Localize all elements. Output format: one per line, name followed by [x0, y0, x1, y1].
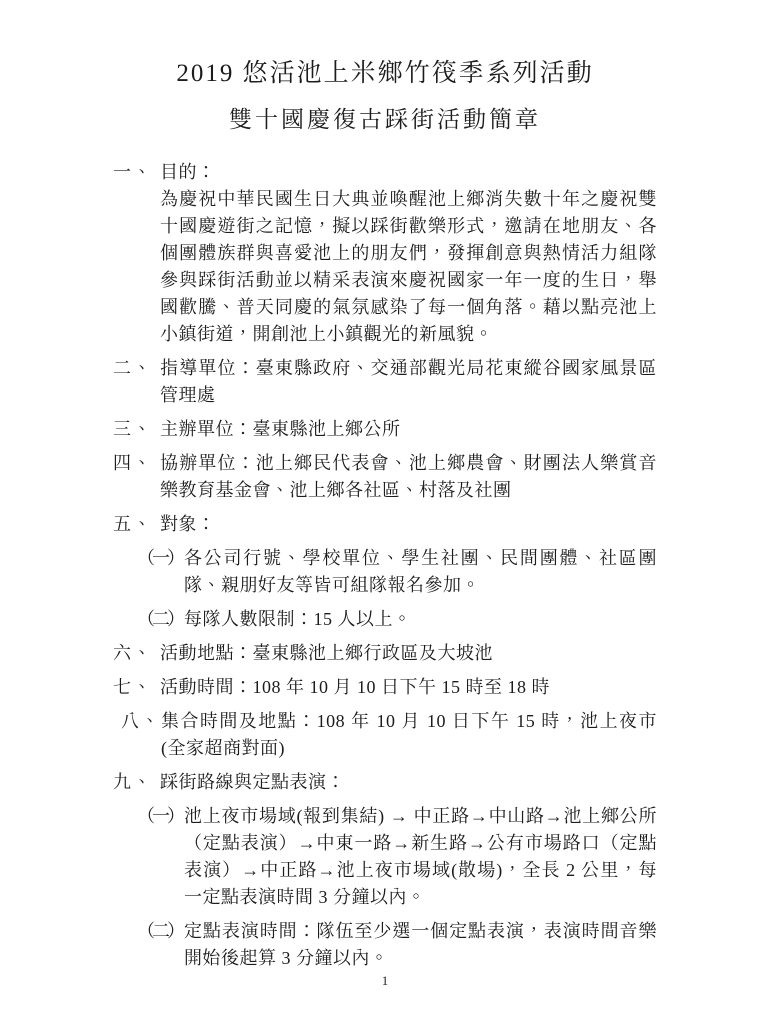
section-co-organizers: 四、 協辦單位：池上鄉民代表會、池上鄉農會、財團法人樂賞音樂教育基金會、池上鄉各…	[113, 450, 657, 504]
subitem-marker: （二）	[137, 606, 184, 633]
subitem-route-2: （二） 定點表演時間：隊伍至少選一個定點表演，表演時間音樂開始後起算 3 分鐘以…	[137, 918, 657, 972]
section-body-text: 踩街路線與定點表演：	[160, 769, 657, 796]
subitem-route-1: （一） 池上夜市場域(報到集結) → 中正路→中山路→池上鄉公所（定點表演）→中…	[137, 803, 657, 911]
section-body-text: 為慶祝中華民國生日大典並喚醒池上鄉消失數十年之慶祝雙十國慶遊街之記憶，擬以踩街歡…	[160, 186, 657, 348]
section-heading: 目的：	[160, 159, 657, 186]
section-body-text: 指導單位：臺東縣政府、交通部觀光局花東縱谷國家風景區管理處	[160, 355, 657, 409]
section-parade-route: 九、 踩街路線與定點表演：	[113, 769, 657, 796]
section-body-text: 協辦單位：池上鄉民代表會、池上鄉農會、財團法人樂賞音樂教育基金會、池上鄉各社區、…	[160, 450, 657, 504]
subitem-body-text: 定點表演時間：隊伍至少選一個定點表演，表演時間音樂開始後起算 3 分鐘以內。	[184, 918, 657, 972]
section-marker: 五、	[113, 511, 160, 538]
section-marker: 六、	[113, 640, 160, 667]
document-page: 2019 悠活池上米鄉竹筏季系列活動 雙十國慶復古踩街活動簡章 一、 目的： 為…	[0, 0, 770, 1024]
section-participants: 五、 對象：	[113, 511, 657, 538]
section-body-text: 集合時間及地點：108 年 10 月 10 日下午 15 時，池上夜市(全家超商…	[161, 708, 657, 762]
document-title-line1: 2019 悠活池上米鄉竹筏季系列活動	[113, 58, 657, 90]
subitem-participants-1: （一） 各公司行號、學校單位、學生社團、民間團體、社區團隊、親朋好友等皆可組隊報…	[137, 545, 657, 599]
section-event-time: 七、 活動時間：108 年 10 月 10 日下午 15 時至 18 時	[113, 674, 657, 701]
section-marker: 二、	[113, 355, 160, 382]
section-body-text: 主辦單位：臺東縣池上鄉公所	[160, 416, 657, 443]
subitem-marker: （二）	[137, 918, 184, 945]
section-organizer: 三、 主辦單位：臺東縣池上鄉公所	[113, 416, 657, 443]
section-body-text: 活動時間：108 年 10 月 10 日下午 15 時至 18 時	[160, 674, 657, 701]
subitem-body-text: 池上夜市場域(報到集結) → 中正路→中山路→池上鄉公所（定點表演）→中東一路→…	[184, 803, 657, 911]
section-marker: 一、	[113, 159, 160, 186]
subitem-marker: （一）	[137, 545, 184, 572]
section-content: 目的： 為慶祝中華民國生日大典並喚醒池上鄉消失數十年之慶祝雙十國慶遊街之記憶，擬…	[160, 159, 657, 348]
section-marker: 八、	[121, 708, 161, 735]
section-marker: 四、	[113, 450, 160, 477]
subitem-body-text: 各公司行號、學校單位、學生社團、民間團體、社區團隊、親朋好友等皆可組隊報名參加。	[184, 545, 657, 599]
section-marker: 九、	[113, 769, 160, 796]
subitem-body-text: 每隊人數限制：15 人以上。	[184, 606, 657, 633]
section-supervising-unit: 二、 指導單位：臺東縣政府、交通部觀光局花東縱谷國家風景區管理處	[113, 355, 657, 409]
section-marker: 七、	[113, 674, 160, 701]
subitem-participants-2: （二） 每隊人數限制：15 人以上。	[137, 606, 657, 633]
section-location: 六、 活動地點：臺東縣池上鄉行政區及大坡池	[113, 640, 657, 667]
section-body-text: 對象：	[160, 511, 657, 538]
section-marker: 三、	[113, 416, 160, 443]
section-body-text: 活動地點：臺東縣池上鄉行政區及大坡池	[160, 640, 657, 667]
document-title-line2: 雙十國慶復古踩街活動簡章	[113, 105, 657, 135]
section-assembly-time: 八、 集合時間及地點：108 年 10 月 10 日下午 15 時，池上夜市(全…	[113, 708, 657, 762]
subitem-marker: （一）	[137, 803, 184, 830]
section-purpose: 一、 目的： 為慶祝中華民國生日大典並喚醒池上鄉消失數十年之慶祝雙十國慶遊街之記…	[113, 159, 657, 348]
page-number: 1	[0, 973, 770, 989]
